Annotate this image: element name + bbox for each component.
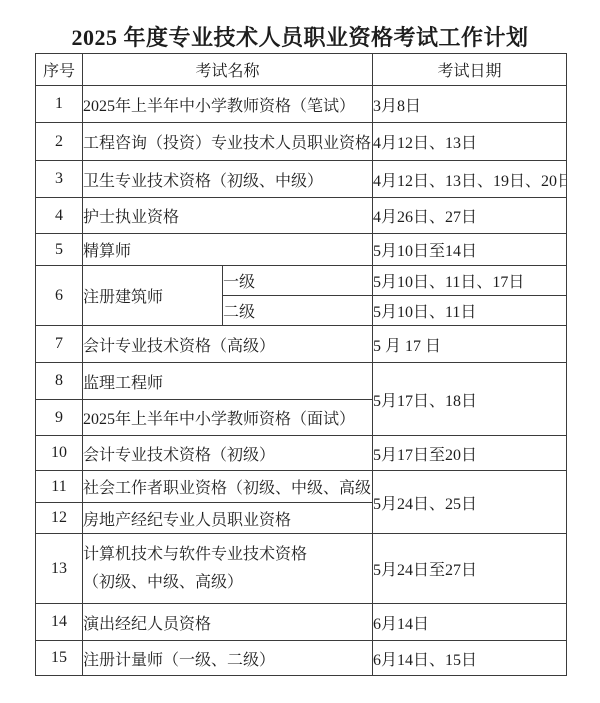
table-row: 4 护士执业资格 4月26日、27日 xyxy=(36,198,567,234)
exam-name: 会计专业技术资格（初级） xyxy=(83,436,373,471)
exam-name: 卫生专业技术资格（初级、中级） xyxy=(83,161,373,198)
row-index: 5 xyxy=(36,234,83,266)
table-row: 15 注册计量师（一级、二级） 6月14日、15日 xyxy=(36,641,567,676)
exam-date: 4月12日、13日 xyxy=(373,123,567,161)
row-index: 10 xyxy=(36,436,83,471)
exam-name: 社会工作者职业资格（初级、中级、高级） xyxy=(83,471,373,503)
row-index: 2 xyxy=(36,123,83,161)
exam-name: 监理工程师 xyxy=(83,363,373,400)
table-row: 3 卫生专业技术资格（初级、中级） 4月12日、13日、19日、20日 xyxy=(36,161,567,198)
exam-name: 计算机技术与软件专业技术资格 （初级、中级、高级） xyxy=(83,534,373,604)
exam-date: 5 月 17 日 xyxy=(373,326,567,363)
exam-name-line-2: （初级、中级、高级） xyxy=(83,569,372,597)
row-index: 4 xyxy=(36,198,83,234)
table-row: 10 会计专业技术资格（初级） 5月17日至20日 xyxy=(36,436,567,471)
table-row: 1 2025年上半年中小学教师资格（笔试） 3月8日 xyxy=(36,86,567,123)
row-index: 3 xyxy=(36,161,83,198)
table-row: 7 会计专业技术资格（高级） 5 月 17 日 xyxy=(36,326,567,363)
exam-name: 注册计量师（一级、二级） xyxy=(83,641,373,676)
exam-name: 工程咨询（投资）专业技术人员职业资格 xyxy=(83,123,373,161)
exam-level: 一级 xyxy=(223,266,373,296)
exam-name-line-1: 计算机技术与软件专业技术资格 xyxy=(83,541,372,569)
table-row: 2 工程咨询（投资）专业技术人员职业资格 4月12日、13日 xyxy=(36,123,567,161)
exam-name: 护士执业资格 xyxy=(83,198,373,234)
exam-level: 二级 xyxy=(223,296,373,326)
row-index: 1 xyxy=(36,86,83,123)
exam-date: 4月26日、27日 xyxy=(373,198,567,234)
header-index: 序号 xyxy=(36,54,83,86)
table-row: 13 计算机技术与软件专业技术资格 （初级、中级、高级） 5月24日至27日 xyxy=(36,534,567,604)
header-exam-date: 考试日期 xyxy=(373,54,567,86)
table-header-row: 序号 考试名称 考试日期 xyxy=(36,54,567,86)
table-row: 11 社会工作者职业资格（初级、中级、高级） 5月24日、25日 xyxy=(36,471,567,503)
exam-date: 5月10日、11日、17日 xyxy=(373,266,567,296)
exam-date: 5月10日至14日 xyxy=(373,234,567,266)
exam-date: 5月10日、11日 xyxy=(373,296,567,326)
row-index: 14 xyxy=(36,604,83,641)
row-index: 13 xyxy=(36,534,83,604)
exam-date: 6月14日 xyxy=(373,604,567,641)
exam-date: 3月8日 xyxy=(373,86,567,123)
exam-schedule-table: 序号 考试名称 考试日期 1 2025年上半年中小学教师资格（笔试） 3月8日 … xyxy=(35,53,567,676)
row-index: 11 xyxy=(36,471,83,503)
exam-name: 会计专业技术资格（高级） xyxy=(83,326,373,363)
exam-date: 5月24日、25日 xyxy=(373,471,567,534)
table-row: 6 注册建筑师 一级 5月10日、11日、17日 xyxy=(36,266,567,296)
row-index: 12 xyxy=(36,503,83,534)
exam-date: 6月14日、15日 xyxy=(373,641,567,676)
exam-date: 4月12日、13日、19日、20日 xyxy=(373,161,567,198)
row-index: 8 xyxy=(36,363,83,400)
table-row: 14 演出经纪人员资格 6月14日 xyxy=(36,604,567,641)
row-index: 15 xyxy=(36,641,83,676)
exam-name: 2025年上半年中小学教师资格（笔试） xyxy=(83,86,373,123)
exam-date: 5月17日、18日 xyxy=(373,363,567,436)
exam-date: 5月17日至20日 xyxy=(373,436,567,471)
exam-name: 演出经纪人员资格 xyxy=(83,604,373,641)
exam-name: 房地产经纪专业人员职业资格 xyxy=(83,503,373,534)
page-title: 2025 年度专业技术人员职业资格考试工作计划 xyxy=(0,21,600,52)
exam-date: 5月24日至27日 xyxy=(373,534,567,604)
exam-name: 2025年上半年中小学教师资格（面试） xyxy=(83,400,373,436)
exam-name: 精算师 xyxy=(83,234,373,266)
header-exam-name: 考试名称 xyxy=(83,54,373,86)
row-index: 6 xyxy=(36,266,83,326)
exam-name: 注册建筑师 xyxy=(83,266,223,326)
table-row: 8 监理工程师 5月17日、18日 xyxy=(36,363,567,400)
table-row: 5 精算师 5月10日至14日 xyxy=(36,234,567,266)
row-index: 7 xyxy=(36,326,83,363)
row-index: 9 xyxy=(36,400,83,436)
